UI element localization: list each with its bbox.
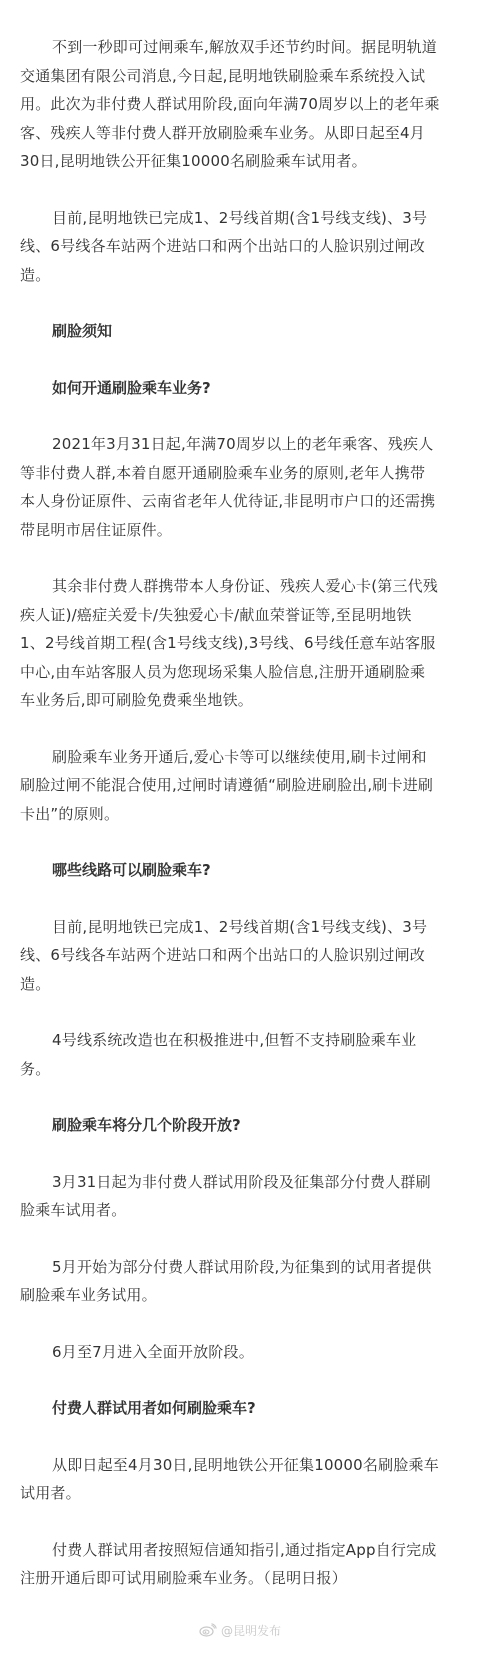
paragraph-line: 30日,昆明地铁公开征集10000名刷脸乘车试用者。: [0, 147, 480, 176]
paragraph-line: 从即日起至4月30日,昆明地铁公开征集10000名刷脸乘车: [0, 1451, 480, 1480]
paragraph-line: 务。: [0, 1055, 480, 1084]
paragraph-line: 2021年3月31日起,年满70周岁以上的老年乘客、残疾人: [0, 430, 480, 459]
paragraph-line: 车业务后,即可刷脸免费乘坐地铁。: [0, 686, 480, 715]
paragraph-line: 3月31日起为非付费人群试用阶段及征集部分付费人群刷: [0, 1168, 480, 1197]
paragraph-line: 客、残疾人等非付费人群开放刷脸乘车业务。从即日起至4月: [0, 119, 480, 148]
paragraph-line: 交通集团有限公司消息,今日起,昆明地铁刷脸乘车系统投入试: [0, 62, 480, 91]
paragraph-line: 试用者。: [0, 1479, 480, 1508]
paragraph: 付费人群试用者按照短信通知指引,通过指定App自行完成注册开通后即可试用刷脸乘车…: [0, 1536, 480, 1593]
paragraph-line: 5月开始为部分付费人群试用阶段,为征集到的试用者提供: [0, 1253, 480, 1282]
paragraph-line: 疾人证)/癌症关爱卡/失独爱心卡/献血荣誉证等,至昆明地铁: [0, 601, 480, 630]
paragraph: 3月31日起为非付费人群试用阶段及征集部分付费人群刷脸乘车试用者。: [0, 1168, 480, 1225]
section-heading: 刷脸乘车将分几个阶段开放?: [0, 1111, 480, 1140]
paragraph-line: 线、6号线各车站两个进站口和两个出站口的人脸识别过闸改: [0, 941, 480, 970]
paragraph-line: 刷脸乘车业务试用。: [0, 1281, 480, 1310]
paragraph: 其余非付费人群携带本人身份证、残疾人爱心卡(第三代残疾人证)/癌症关爱卡/失独爱…: [0, 572, 480, 715]
paragraph-line: 注册开通后即可试用刷脸乘车业务。（昆明日报）: [0, 1564, 480, 1593]
section-heading: 刷脸须知: [0, 317, 480, 346]
paragraph: 不到一秒即可过闸乘车,解放双手还节约时间。据昆明轨道交通集团有限公司消息,今日起…: [0, 33, 480, 176]
paragraph-line: 目前,昆明地铁已完成1、2号线首期(含1号线支线)、3号: [0, 204, 480, 233]
section-heading: 如何开通刷脸乘车业务?: [0, 374, 480, 403]
paragraph-line: 等非付费人群,本着自愿开通刷脸乘车业务的原则,老年人携带: [0, 459, 480, 488]
paragraph-line: 脸乘车试用者。: [0, 1196, 480, 1225]
paragraph: 2021年3月31日起,年满70周岁以上的老年乘客、残疾人等非付费人群,本着自愿…: [0, 430, 480, 544]
paragraph-line: 带昆明市居住证原件。: [0, 516, 480, 545]
weibo-watermark: @昆明发布: [0, 1619, 480, 1641]
paragraph-line: 造。: [0, 970, 480, 999]
paragraph: 目前,昆明地铁已完成1、2号线首期(含1号线支线)、3号线、6号线各车站两个进站…: [0, 913, 480, 999]
paragraph-line: 其余非付费人群携带本人身份证、残疾人爱心卡(第三代残: [0, 572, 480, 601]
paragraph-line: 1、2号线首期工程(含1号线支线),3号线、6号线任意车站客服: [0, 629, 480, 658]
section-heading: 付费人群试用者如何刷脸乘车?: [0, 1394, 480, 1423]
paragraph-line: 本人身份证原件、云南省老年人优待证,非昆明市户口的还需携: [0, 487, 480, 516]
paragraph: 从即日起至4月30日,昆明地铁公开征集10000名刷脸乘车试用者。: [0, 1451, 480, 1508]
paragraph-line: 造。: [0, 261, 480, 290]
paragraph-line: 中心,由车站客服人员为您现场采集人脸信息,注册开通刷脸乘: [0, 658, 480, 687]
paragraph: 6月至7月进入全面开放阶段。: [0, 1338, 480, 1367]
paragraph-line: 卡出”的原则。: [0, 800, 480, 829]
paragraph-line: 目前,昆明地铁已完成1、2号线首期(含1号线支线)、3号: [0, 913, 480, 942]
paragraph-line: 不到一秒即可过闸乘车,解放双手还节约时间。据昆明轨道: [0, 33, 480, 62]
paragraph: 刷脸乘车业务开通后,爱心卡等可以继续使用,刷卡过闸和刷脸过闸不能混合使用,过闸时…: [0, 743, 480, 829]
paragraph-line: 付费人群试用者按照短信通知指引,通过指定App自行完成: [0, 1536, 480, 1565]
paragraph-line: 6月至7月进入全面开放阶段。: [0, 1338, 480, 1367]
paragraph-line: 刷脸乘车业务开通后,爱心卡等可以继续使用,刷卡过闸和: [0, 743, 480, 772]
paragraph: 目前,昆明地铁已完成1、2号线首期(含1号线支线)、3号线、6号线各车站两个进站…: [0, 204, 480, 290]
paragraph-line: 用。此次为非付费人群试用阶段,面向年满70周岁以上的老年乘: [0, 90, 480, 119]
weibo-icon: [199, 1623, 217, 1637]
paragraph: 4号线系统改造也在积极推进中,但暂不支持刷脸乘车业务。: [0, 1026, 480, 1083]
paragraph-line: 4号线系统改造也在积极推进中,但暂不支持刷脸乘车业: [0, 1026, 480, 1055]
watermark-account-name: @昆明发布: [221, 1622, 281, 1639]
article-body: 不到一秒即可过闸乘车,解放双手还节约时间。据昆明轨道交通集团有限公司消息,今日起…: [0, 0, 480, 1593]
paragraph-line: 线、6号线各车站两个进站口和两个出站口的人脸识别过闸改: [0, 232, 480, 261]
section-heading: 哪些线路可以刷脸乘车?: [0, 856, 480, 885]
paragraph-line: 刷脸过闸不能混合使用,过闸时请遵循“刷脸进刷脸出,刷卡进刷: [0, 771, 480, 800]
paragraph: 5月开始为部分付费人群试用阶段,为征集到的试用者提供刷脸乘车业务试用。: [0, 1253, 480, 1310]
